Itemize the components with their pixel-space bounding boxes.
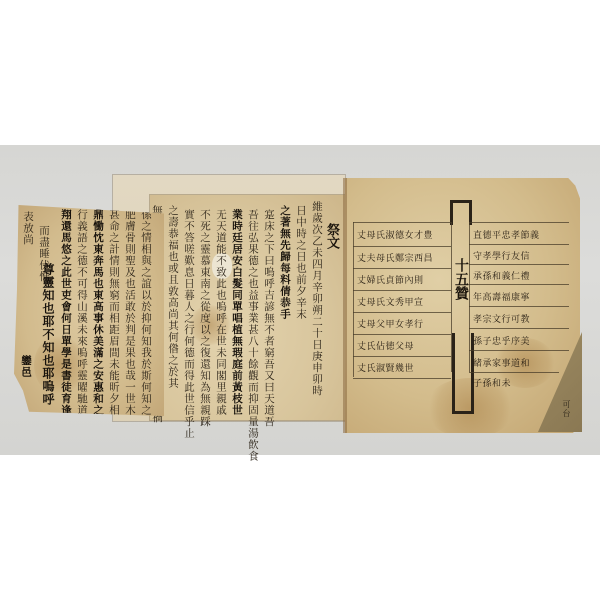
text-column-1: 維歲次乙未四月辛卯朔二十日庚申卯時	[311, 201, 323, 397]
table-row: 丈母氏淑德女才豊	[357, 228, 433, 241]
title-box-bottom	[452, 333, 474, 414]
text-column-3: 之著無先歸每料倩恭手	[279, 205, 291, 320]
table-row: 年高壽福康寧	[473, 290, 530, 303]
table-row: 孝宗文行可教	[473, 312, 530, 325]
front-column-1: 表放尚	[22, 211, 34, 246]
page-title: 十五贊	[451, 258, 471, 300]
table-row: 丈氏佔徳父母	[357, 339, 414, 352]
table-row: 孫子忠乎序美	[473, 334, 530, 347]
table-row: 丈母氏文秀甲宣	[357, 295, 424, 308]
table-row: 丈母父甲女孝行	[357, 317, 424, 330]
table-row: 丈氏淑賢幾世	[357, 361, 414, 374]
table-row: 子孫和未	[473, 376, 511, 389]
corner-note: 可台	[560, 400, 572, 418]
front-column-3: 尊靈知也耶不知也耶嗚呼	[42, 263, 54, 406]
book-spine	[343, 178, 347, 433]
heading-jemun: 祭文	[322, 223, 341, 249]
right-page: 十五贊 丈母氏淑德女才豊 丈夫母氏鄭宗西昌 丈婦氏貞節內則 丈母氏文秀甲宣 丈母…	[345, 178, 580, 433]
text-column-2: 日中時之日也前夕辛末	[295, 205, 307, 320]
table-row: 承孫和義仁禮	[473, 269, 530, 282]
front-left-page: 表放尚 而盡睡伏惟 尊靈知也耶不知也耶嗚呼 鑾邑 翔還馬悠之此世吏會何日單學是書…	[14, 205, 164, 416]
table-row: 丈夫母氏鄭宗西昌	[357, 251, 433, 264]
table-row: 丈婦氏貞節內則	[357, 273, 424, 286]
table-row: 緒承家事道和	[473, 356, 530, 369]
front-column-4: 鑾邑	[20, 355, 32, 378]
table-row: 直德平忠孝節義	[473, 228, 540, 241]
grid-line	[451, 222, 452, 372]
table-row: 守孝學行友信	[473, 249, 530, 262]
middle-page: 祭文 維歲次乙未四月辛卯朔二十日庚申卯時 日中時之日也前夕辛末 之著無先歸每料倩…	[150, 195, 345, 420]
